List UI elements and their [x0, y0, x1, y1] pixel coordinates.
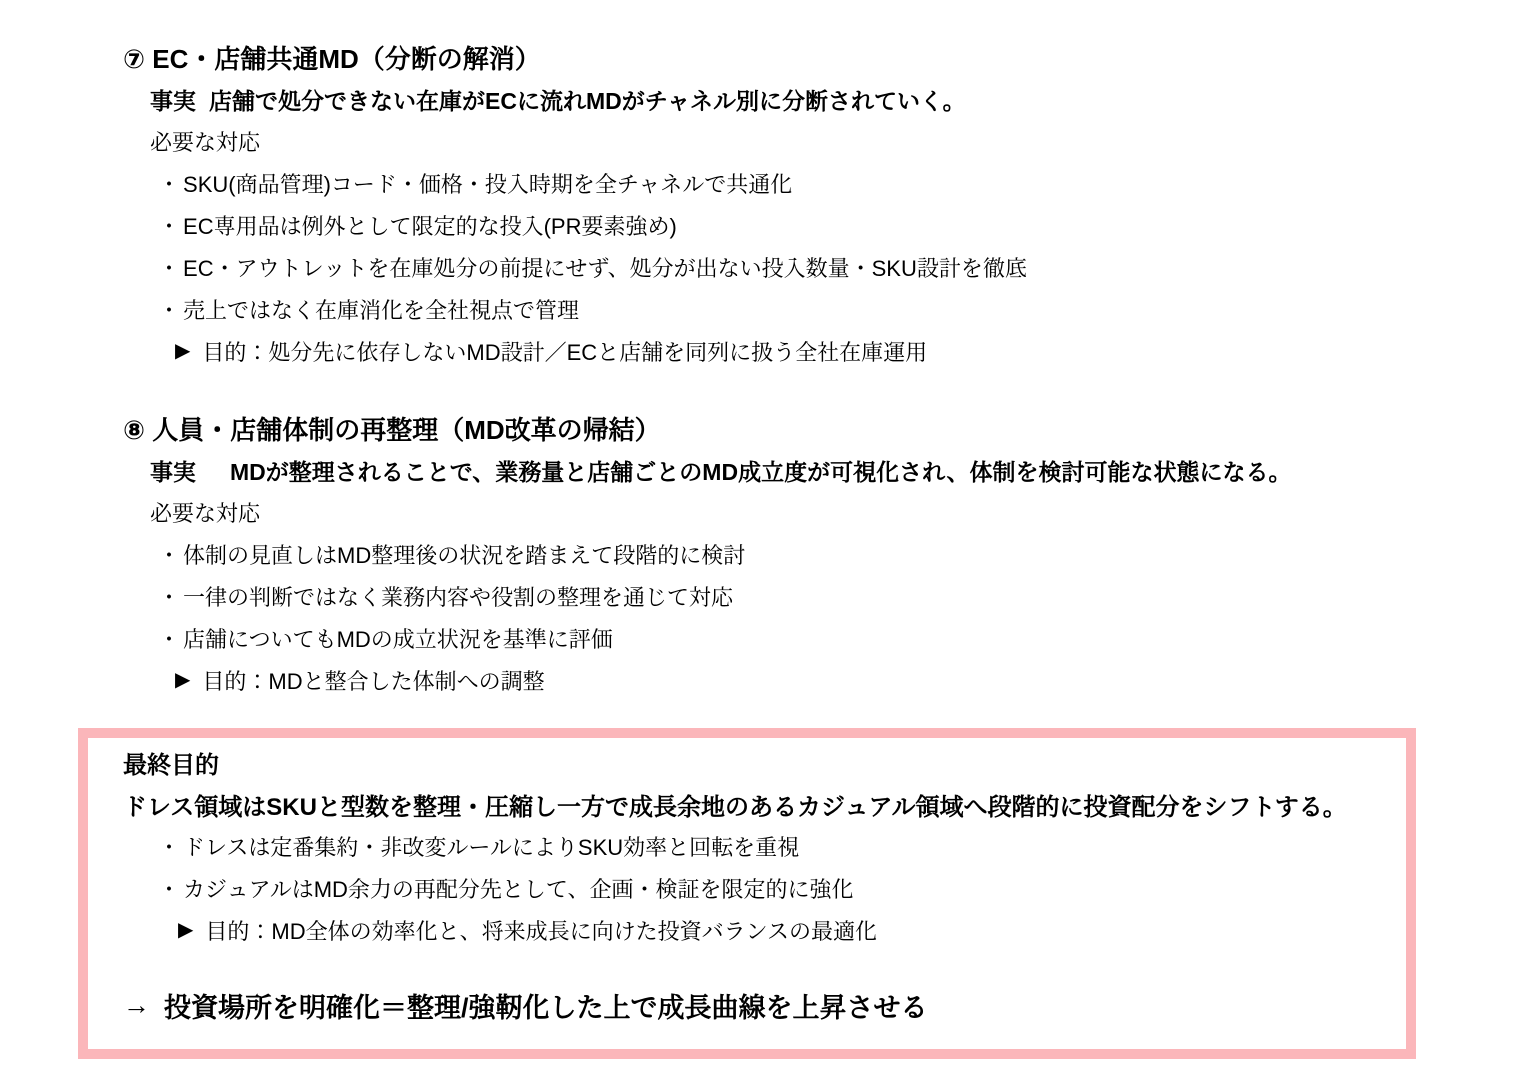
- section-7-heading: ⑦ EC・店舗共通MD（分断の解消）: [123, 36, 1536, 78]
- final-objective-box: 最終目的 ドレス領域はSKUと型数を整理・圧縮し一方で成長余地のあるカジュアル領…: [78, 728, 1416, 1059]
- section-8-staff-store-restructure: ⑧ 人員・店舗体制の再整理（MD改革の帰結） 事実 MDが整理されることで、業務…: [123, 407, 1536, 701]
- list-item: ・ 売上ではなく在庫消化を全社視点で管理: [123, 288, 1536, 330]
- goal-text: 目的：処分先に依存しないMD設計／ECと店舗を同列に扱う全社在庫運用: [202, 336, 927, 367]
- bullet-dot-icon: ・: [158, 873, 180, 904]
- section-8-response-label: 必要な対応: [123, 491, 1536, 533]
- bullet-text: SKU(商品管理)コード・価格・投入時期を全チャネルで共通化: [183, 168, 792, 199]
- final-box-title: 最終目的: [123, 741, 1386, 783]
- section-8-heading: ⑧ 人員・店舗体制の再整理（MD改革の帰結）: [123, 407, 1536, 449]
- conclusion-line: → 投資場所を明確化＝整理/強靭化した上で成長曲線を上昇させる: [123, 981, 1386, 1029]
- section-7-fact-line: 事実 店舗で処分できない在庫がECに流れMDがチャネル別に分断されていく。: [123, 78, 1536, 120]
- fact-label: 事実: [150, 454, 196, 487]
- bullet-text: 体制の見直しはMD整理後の状況を踏まえて段階的に検討: [183, 539, 745, 570]
- bullet-text: EC・アウトレットを在庫処分の前提にせず、処分が出ない投入数量・SKU設計を徹底: [183, 252, 1027, 283]
- fact-label: 事実: [150, 83, 196, 116]
- bullet-dot-icon: ・: [158, 252, 180, 283]
- section-7-goal-line: ▶ 目的：処分先に依存しないMD設計／ECと店舗を同列に扱う全社在庫運用: [123, 330, 1536, 372]
- bullet-text: ドレスは定番集約・非改変ルールによりSKU効率と回転を重視: [183, 831, 799, 862]
- final-box-goal-line: ▶ 目的：MD全体の効率化と、将来成長に向けた投資バランスの最適化: [123, 909, 1386, 951]
- list-item: ・ カジュアルはMD余力の再配分先として、企画・検証を限定的に強化: [123, 867, 1386, 909]
- goal-text: 目的：MD全体の効率化と、将来成長に向けた投資バランスの最適化: [205, 915, 877, 946]
- bullet-dot-icon: ・: [158, 623, 180, 654]
- triangle-right-icon: ▶: [175, 670, 190, 690]
- final-box-statement: ドレス領域はSKUと型数を整理・圧縮し一方で成長余地のあるカジュアル領域へ段階的…: [123, 783, 1386, 825]
- fact-text: MDが整理されることで、業務量と店舗ごとのMD成立度が可視化され、体制を検討可能…: [230, 454, 1291, 487]
- triangle-right-icon: ▶: [178, 920, 193, 940]
- bullet-dot-icon: ・: [158, 210, 180, 241]
- bullet-dot-icon: ・: [158, 294, 180, 325]
- bullet-dot-icon: ・: [158, 831, 180, 862]
- bullet-text: 売上ではなく在庫消化を全社視点で管理: [183, 294, 579, 325]
- list-item: ・ SKU(商品管理)コード・価格・投入時期を全チャネルで共通化: [123, 162, 1536, 204]
- list-item: ・ 体制の見直しはMD整理後の状況を踏まえて段階的に検討: [123, 533, 1536, 575]
- conclusion-text: 投資場所を明確化＝整理/強靭化した上で成長曲線を上昇させる: [164, 986, 928, 1025]
- bullet-dot-icon: ・: [158, 539, 180, 570]
- section-7-ec-store-common-md: ⑦ EC・店舗共通MD（分断の解消） 事実 店舗で処分できない在庫がECに流れM…: [123, 36, 1536, 372]
- document-page: ⑦ EC・店舗共通MD（分断の解消） 事実 店舗で処分できない在庫がECに流れM…: [0, 0, 1536, 1086]
- goal-text: 目的：MDと整合した体制への調整: [202, 665, 544, 696]
- section-7-response-label: 必要な対応: [123, 120, 1536, 162]
- section-8-goal-line: ▶ 目的：MDと整合した体制への調整: [123, 659, 1536, 701]
- list-item: ・ 一律の判断ではなく業務内容や役割の整理を通じて対応: [123, 575, 1536, 617]
- list-item: ・ ドレスは定番集約・非改変ルールによりSKU効率と回転を重視: [123, 825, 1386, 867]
- bullet-dot-icon: ・: [158, 581, 180, 612]
- bullet-dot-icon: ・: [158, 168, 180, 199]
- bullet-text: 一律の判断ではなく業務内容や役割の整理を通じて対応: [183, 581, 733, 612]
- right-arrow-icon: →: [123, 990, 150, 1021]
- triangle-right-icon: ▶: [175, 341, 190, 361]
- list-item: ・ EC専用品は例外として限定的な投入(PR要素強め): [123, 204, 1536, 246]
- fact-text: 店舗で処分できない在庫がECに流れMDがチャネル別に分断されていく。: [209, 83, 966, 116]
- list-item: ・ 店舗についてもMDの成立状況を基準に評価: [123, 617, 1536, 659]
- bullet-text: 店舗についてもMDの成立状況を基準に評価: [183, 623, 613, 654]
- section-8-fact-line: 事実 MDが整理されることで、業務量と店舗ごとのMD成立度が可視化され、体制を検…: [123, 449, 1536, 491]
- list-item: ・ EC・アウトレットを在庫処分の前提にせず、処分が出ない投入数量・SKU設計を…: [123, 246, 1536, 288]
- bullet-text: EC専用品は例外として限定的な投入(PR要素強め): [183, 210, 677, 241]
- bullet-text: カジュアルはMD余力の再配分先として、企画・検証を限定的に強化: [183, 873, 853, 904]
